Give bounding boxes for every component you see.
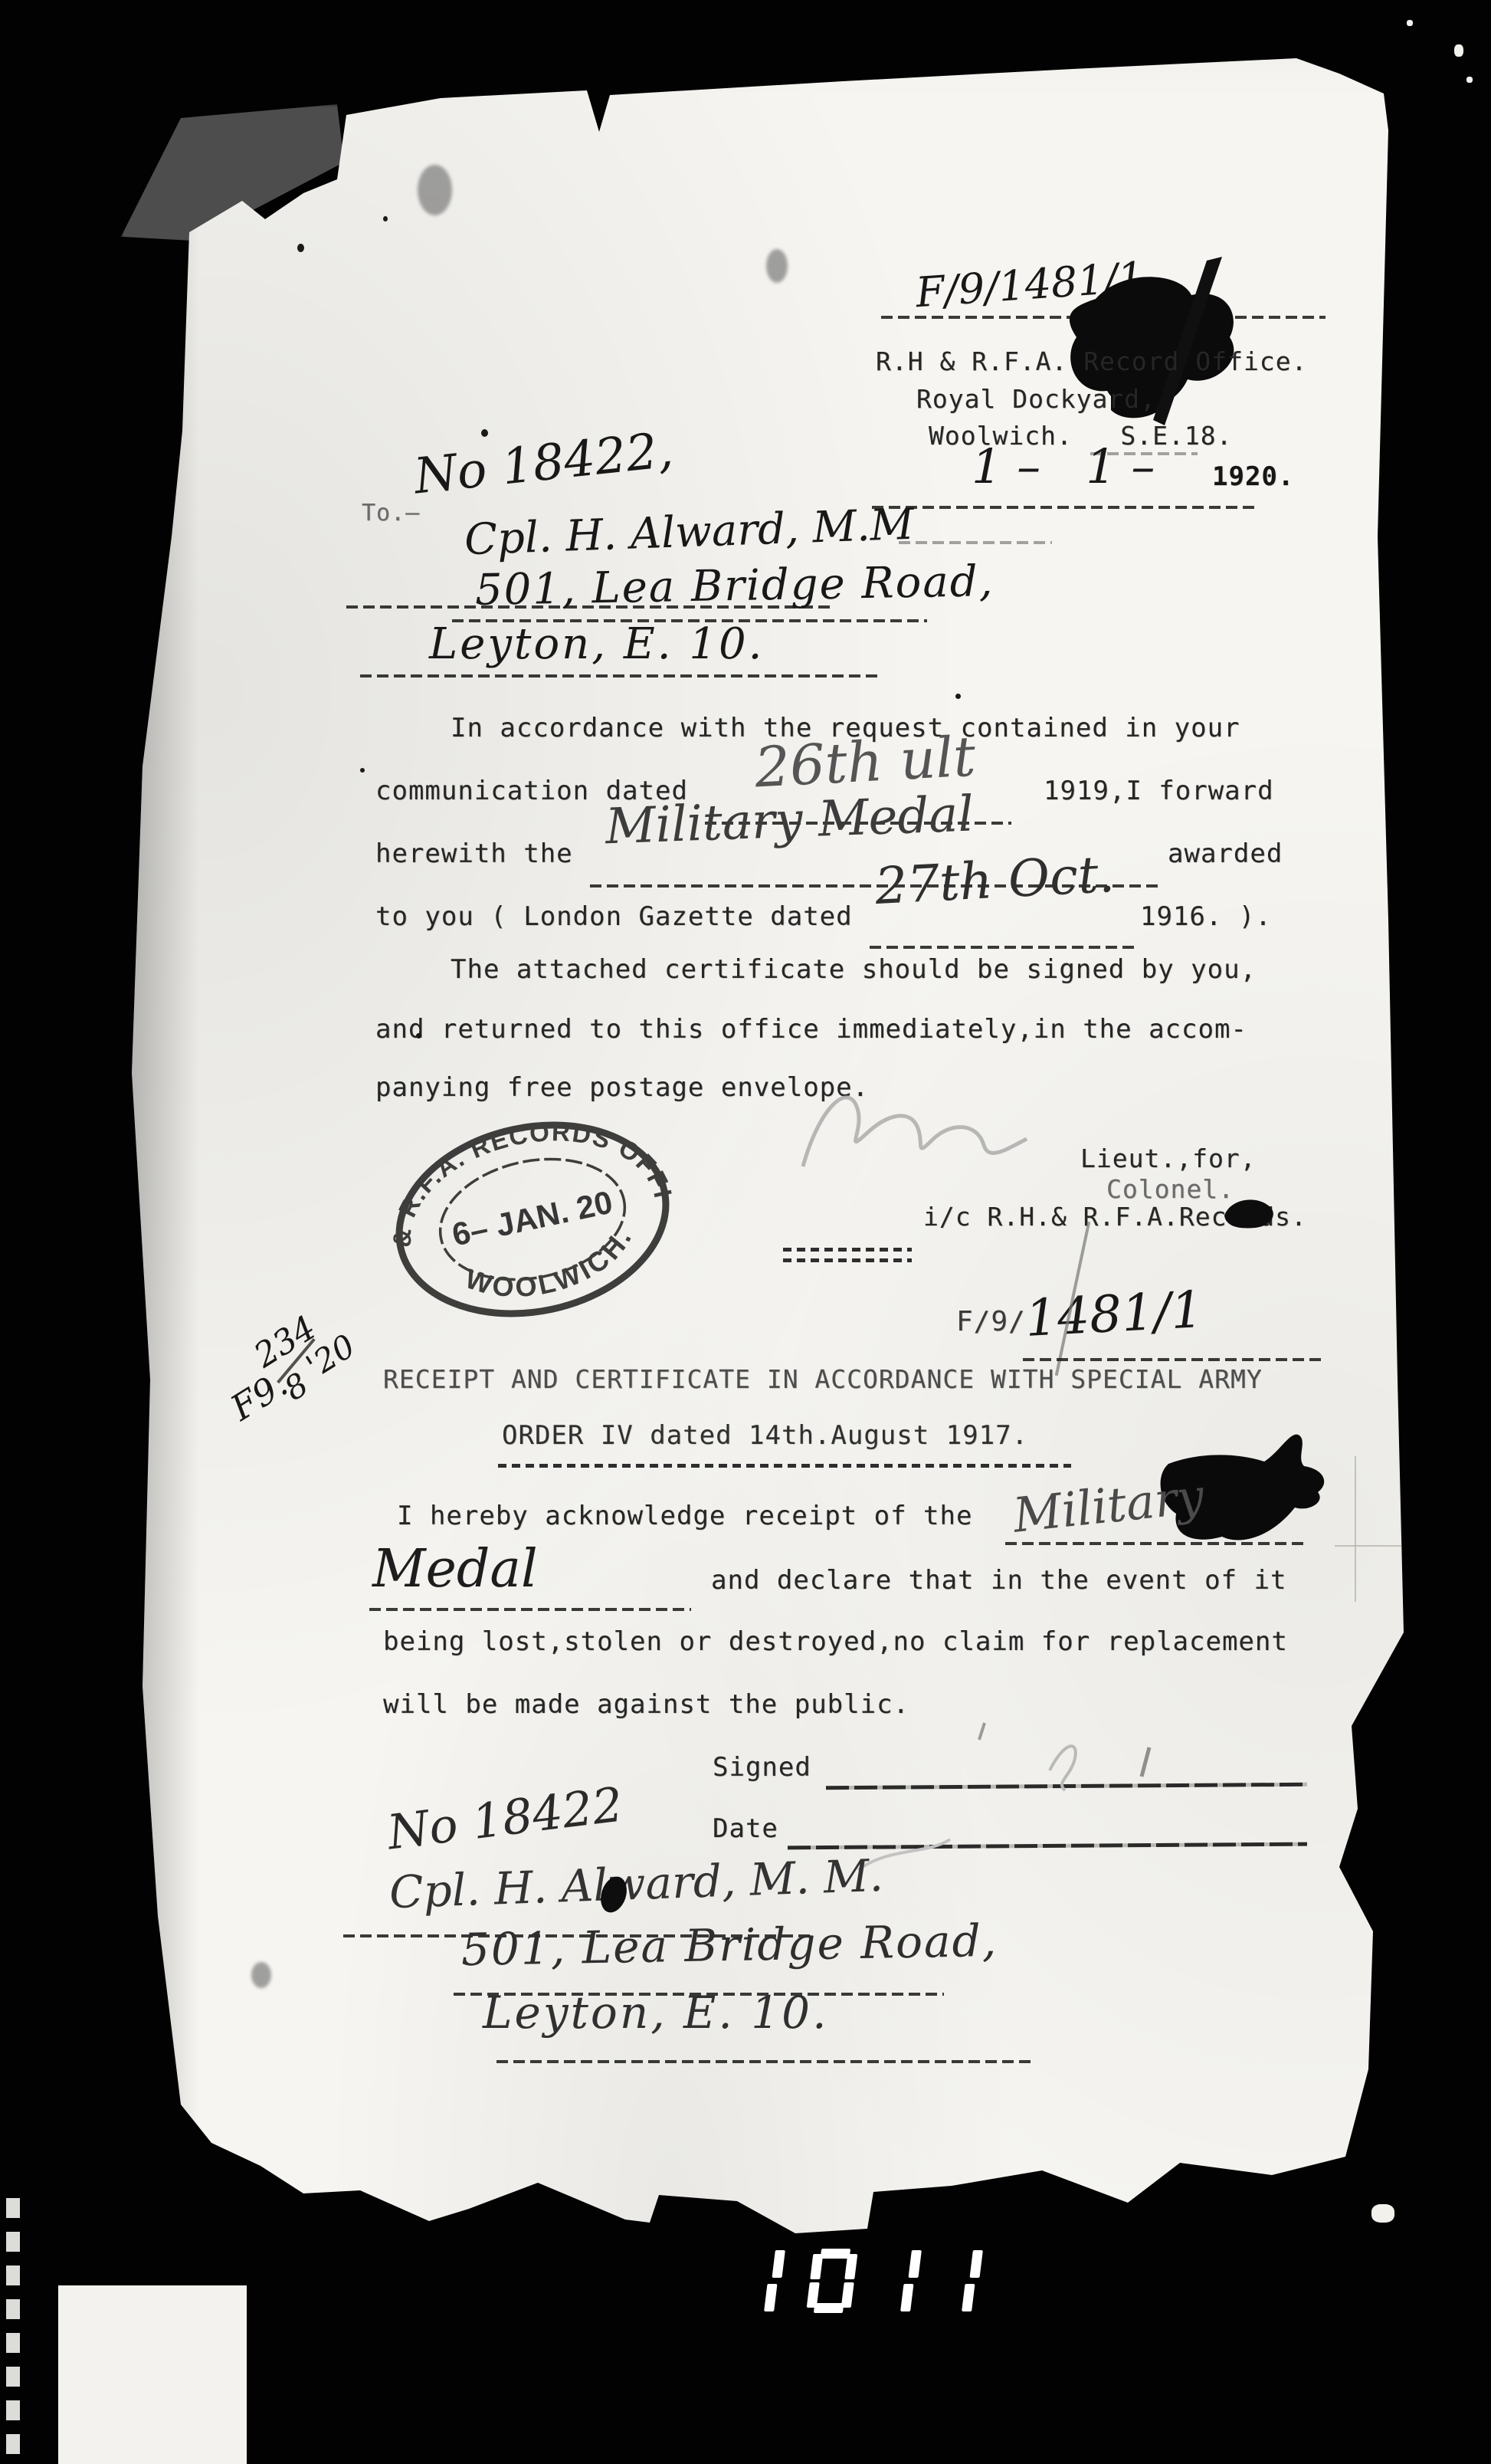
- separator-dashes-row1: [783, 1248, 912, 1252]
- header-date-year: 1920.: [1212, 461, 1294, 492]
- letter-line-4-pre: to you ( London Gazette dated: [375, 901, 853, 932]
- paper-speck: [360, 768, 365, 773]
- letter-para2-line-2: and returned to this office immediately,…: [375, 1014, 1247, 1045]
- paper-sliver: [1371, 2204, 1394, 2223]
- paper-smudge: [418, 165, 452, 215]
- counter-digit-segment: [900, 2284, 913, 2311]
- letter-line-4-fill: 27th Oct.: [873, 845, 1116, 916]
- certificate-reference-number: 1481/1: [1024, 1280, 1204, 1348]
- counter-digit: [956, 2249, 988, 2313]
- letter-line-3-post: awarded: [1168, 838, 1283, 869]
- counter-digit: [806, 2249, 858, 2313]
- certificate-heading-underline: [498, 1464, 1071, 1468]
- film-speck: [1407, 20, 1413, 26]
- faint-dotted-line-2: [1090, 452, 1198, 455]
- ink-blot-small-signature: [1217, 1193, 1286, 1231]
- film-edge-rectangle: [58, 2285, 247, 2464]
- counter-digit: [895, 2249, 927, 2313]
- paper-crease-horizontal: [1335, 1545, 1402, 1547]
- signatory-address-1: 501, Lea Bridge Road,: [460, 1914, 998, 1976]
- date-label: Date: [713, 1813, 778, 1844]
- signatory-address-2: Leyton, E. 10.: [483, 1987, 829, 2039]
- receipt-fill-2: Medal: [372, 1539, 538, 1599]
- office-line-1: R.H & R.F.A. Record Office.: [876, 346, 1307, 376]
- paper-speck: [955, 694, 961, 699]
- signatory-address-2-underline: [496, 2060, 1033, 2063]
- counter-digit-segment: [844, 2254, 857, 2279]
- recipient-name: Cpl. H. Alward, M.M: [464, 500, 915, 565]
- certificate-reference-underline: [1023, 1358, 1322, 1361]
- letter-line-3-pre: herewith the: [375, 838, 573, 869]
- letter-para2-line-1: The attached certificate should be signe…: [451, 954, 1257, 985]
- faint-dotted-line: [899, 541, 1052, 544]
- separator-dashes-row2: [783, 1258, 912, 1262]
- microfilm-frame: F/9/1481/1 R.H & R.F.A. Record Office. R…: [0, 0, 1491, 2464]
- signatory-service-number: No 18422: [385, 1776, 626, 1860]
- letter-line-4-underline: [870, 946, 1134, 949]
- letter-line-4-post: 1916. ).: [1140, 901, 1272, 932]
- to-label: To.—: [362, 500, 420, 527]
- counter-digit-segment: [969, 2250, 982, 2278]
- counter-digit: [759, 2249, 791, 2313]
- counter-digit-segment: [764, 2284, 777, 2311]
- receipt-mid: and declare that in the event of it: [711, 1565, 1286, 1596]
- paper-smudge: [251, 1962, 271, 1988]
- paper-smudge: [766, 249, 788, 283]
- document-paper: F/9/1481/1 R.H & R.F.A. Record Office. R…: [0, 0, 1491, 2464]
- scan-edge-shading: [115, 92, 199, 2146]
- receipt-fill-2-underline: [369, 1608, 691, 1611]
- receipt-fill-1-underline: [1005, 1542, 1308, 1545]
- margin-note: F9. 234 8 '20: [207, 1286, 398, 1465]
- counter-digit-segment: [821, 2249, 851, 2259]
- counter-digit-segment: [772, 2250, 785, 2278]
- pencil-signature: [797, 1075, 1042, 1189]
- counter-digit-segment: [962, 2284, 975, 2311]
- letter-para2-line-3: panying free postage envelope.: [375, 1072, 869, 1103]
- recipient-address-1: 501, Lea Bridge Road,: [474, 556, 994, 615]
- recipient-address-2: Leyton, E. 10.: [429, 619, 764, 669]
- recipient-service-number: No 18422,: [411, 422, 676, 505]
- certificate-heading-2: ORDER IV dated 14th.August 1917.: [502, 1420, 1028, 1451]
- counter-digit-segment: [810, 2254, 823, 2279]
- records-office-stamp: & R.F.A. RECORDS OFFICE WOOLWICH. 6– JAN…: [369, 1092, 695, 1346]
- header-date-handwritten: 1 – 1 –: [972, 438, 1155, 494]
- film-sprocket-strip: [6, 2198, 20, 2464]
- recipient-address-2-underline: [360, 674, 881, 678]
- paper-crease-vertical: [1355, 1456, 1356, 1602]
- ink-blot-small-name: [596, 1873, 631, 1916]
- paper-speck: [383, 216, 388, 221]
- letter-line-3-fill: Military Medal: [605, 786, 975, 856]
- receipt-line-3: being lost,stolen or destroyed,no claim …: [383, 1626, 1288, 1657]
- signature-line-2: Colonel.: [1106, 1174, 1234, 1204]
- film-frame-counter: [762, 2249, 1015, 2316]
- film-speck: [1466, 77, 1473, 83]
- film-speck: [1454, 44, 1463, 57]
- pencil-squiggles: [835, 1717, 1157, 1893]
- counter-digit-segment: [908, 2250, 921, 2278]
- office-line-2: Royal Dockyard,: [916, 384, 1156, 414]
- counter-digit-segment: [814, 2303, 844, 2313]
- signatory-name: Cpl. H. Alward, M. M.: [388, 1849, 884, 1918]
- paper-speck: [297, 244, 304, 252]
- header-date-underline: [872, 506, 1259, 509]
- certificate-reference-prefix: F/9/: [956, 1306, 1026, 1337]
- paper-speck: [416, 1033, 421, 1038]
- stamp-date-text: 6– JAN. 20: [449, 1183, 616, 1252]
- certificate-heading-1: RECEIPT AND CERTIFICATE IN ACCORDANCE WI…: [383, 1364, 1263, 1394]
- receipt-line-4: will be made against the public.: [383, 1689, 909, 1720]
- signed-label: Signed: [713, 1752, 811, 1783]
- signature-line-1: Lieut.,for,: [1080, 1143, 1257, 1173]
- letter-line-2-post: 1919,I forward: [1044, 776, 1274, 806]
- receipt-pre: I hereby acknowledge receipt of the: [397, 1501, 972, 1531]
- paper-speck: [481, 429, 488, 437]
